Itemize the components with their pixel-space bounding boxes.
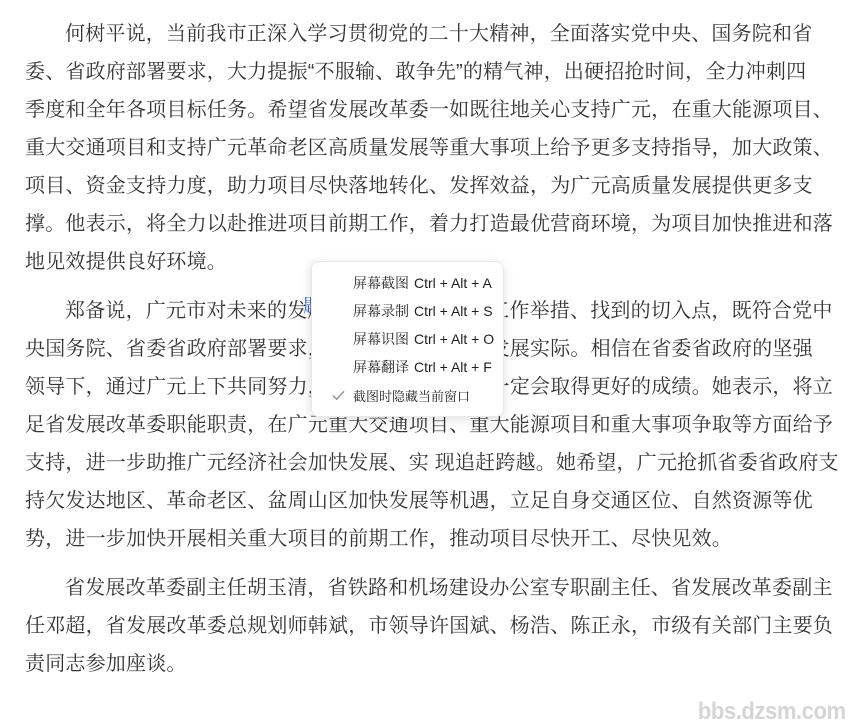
menu-item-shortcut: Ctrl + Alt + F <box>414 359 492 375</box>
menu-item-shortcut: Ctrl + Alt + A <box>414 275 492 291</box>
paragraph-1: 何树平说，当前我市正深入学习贯彻党的二十大精神，全面落实党中央、国务院和省委、省… <box>25 15 837 281</box>
menu-item-screen-record[interactable]: 屏幕录制Ctrl + Alt + S <box>312 297 503 325</box>
paragraph-3: 省发展改革委副主任胡玉清，省铁路和机场建设办公室专职副主任、省发展改革委副主任邓… <box>25 569 837 683</box>
text-line: 势，进一步加快开展相关重大项目的前期工作，推动项目尽快开工、尽快见效。 <box>25 520 837 558</box>
menu-item-label: 屏幕翻译 <box>353 357 409 377</box>
watermark: bbs.dzsm.com <box>698 698 846 726</box>
menu-item-screen-ocr[interactable]: 屏幕识图Ctrl + Alt + O <box>312 325 503 353</box>
text-line: 季度和全年各项目标任务。希望省发展改革委一如既往地关心支持广元，在重大能源项目、 <box>25 91 837 129</box>
text-line: 支持，进一步助推广元经济社会加快发展、实 现追赶跨越。她希望，广元抢抓省委省政府… <box>25 444 837 482</box>
context-menu: 屏幕截图Ctrl + Alt + A屏幕录制Ctrl + Alt + S屏幕识图… <box>311 261 504 417</box>
text-line: 持欠发达地区、革命老区、盆周山区加快发展等机遇，立足自身交通区位、自然资源等优 <box>25 482 837 520</box>
text-line: 委、省政府部署要求，大力提振“不服输、敢争先”的精气神，出硬招抢时间，全力冲刺四 <box>25 53 837 91</box>
menu-item-hide-window-on-capture[interactable]: 截图时隐藏当前窗口 <box>312 381 503 409</box>
text-line: 责同志参加座谈。 <box>25 645 837 683</box>
text-line: 任邓超，省发展改革委总规划师韩斌，市领导许国斌、杨浩、陈正永，市级有关部门主要负 <box>25 607 837 645</box>
menu-item-label: 截图时隐藏当前窗口 <box>353 386 470 405</box>
menu-item-label: 屏幕识图 <box>353 329 409 349</box>
text-line: 省发展改革委副主任胡玉清，省铁路和机场建设办公室专职副主任、省发展改革委副主 <box>25 569 837 607</box>
menu-item-screen-translate[interactable]: 屏幕翻译Ctrl + Alt + F <box>312 353 503 381</box>
menu-item-label: 屏幕截图 <box>353 273 409 293</box>
menu-item-shortcut: Ctrl + Alt + O <box>414 331 494 347</box>
menu-item-screenshot[interactable]: 屏幕截图Ctrl + Alt + A <box>312 269 503 297</box>
menu-item-label: 屏幕录制 <box>353 301 409 321</box>
text-line: 撑。他表示，将全力以赴推进项目前期工作，着力打造最优营商环境，为项目加快推进和落 <box>25 205 837 243</box>
text-line: 何树平说，当前我市正深入学习贯彻党的二十大精神，全面落实党中央、国务院和省 <box>25 15 837 53</box>
link-text-fragment: 题 <box>303 297 311 316</box>
text-line: 项目、资金支持力度，助力项目尽快落地转化、发挥效益，为广元高质量发展提供更多支 <box>25 167 837 205</box>
menu-item-shortcut: Ctrl + Alt + S <box>414 303 493 319</box>
text-line: 重大交通项目和支持广元革命老区高质量发展等重大事项上给予更多支持指导，加大政策、 <box>25 129 837 167</box>
checkmark-icon <box>312 388 353 403</box>
